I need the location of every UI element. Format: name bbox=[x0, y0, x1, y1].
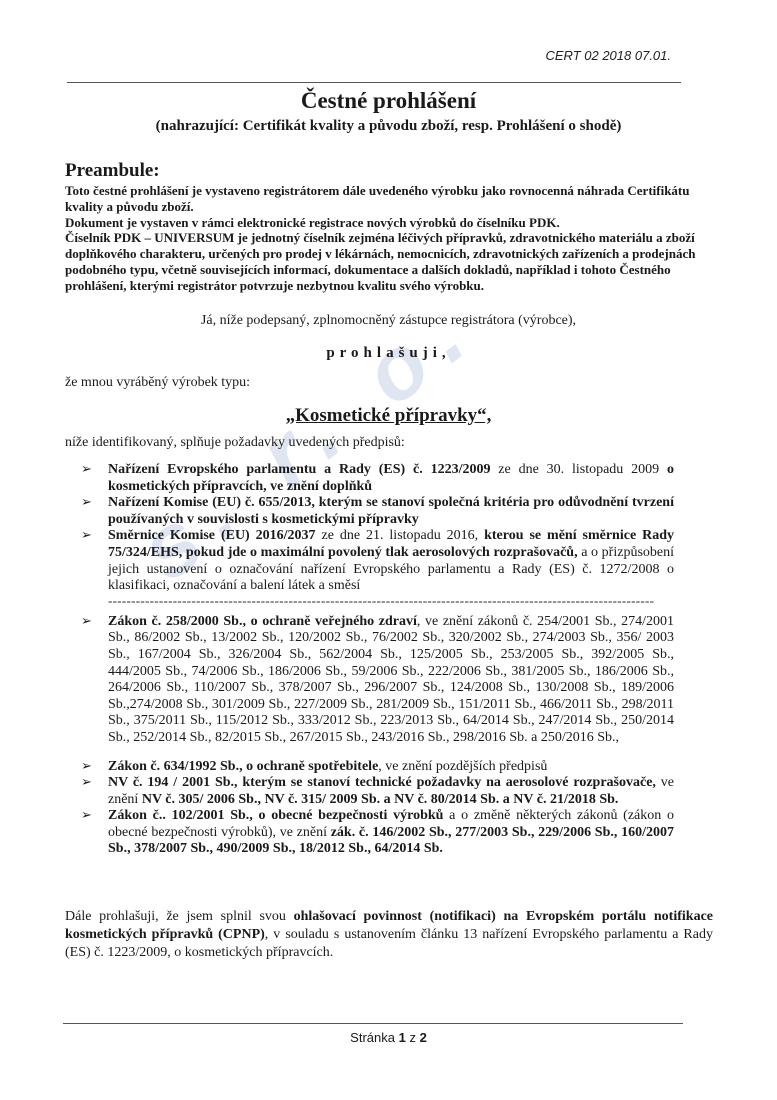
regulation-text: , ve znění zákonů č. 254/2001 Sb., 274/2… bbox=[108, 614, 674, 745]
regulation-text: ze dne 21. listopadu 2016, bbox=[316, 528, 485, 543]
regulation-item: ➢Nařízení Evropského parlamentu a Rady (… bbox=[78, 462, 674, 495]
final-statement: Dále prohlašuji, že jsem splnil svou ohl… bbox=[65, 908, 713, 962]
regulation-item: ➢Zákon č. 258/2000 Sb., o ochraně veřejn… bbox=[78, 614, 674, 747]
regulation-title: Nařízení Komise (EU) č. 655/2013, kterým… bbox=[108, 495, 674, 527]
arrow-bullet-icon: ➢ bbox=[81, 495, 92, 512]
preamble-paragraph: Dokument je vystaven v rámci elektronick… bbox=[65, 215, 715, 231]
list-gap bbox=[78, 747, 674, 759]
regulation-item: ➢Směrnice Komise (EU) 2016/2037 ze dne 2… bbox=[78, 528, 674, 594]
regulation-item: ➢NV č. 194 / 2001 Sb., kterým se stanoví… bbox=[78, 775, 674, 808]
preamble-paragraph: Číselník PDK – UNIVERSUM je jednotný čís… bbox=[65, 230, 715, 293]
header-divider bbox=[67, 82, 681, 83]
arrow-bullet-icon: ➢ bbox=[81, 528, 92, 545]
arrow-bullet-icon: ➢ bbox=[81, 775, 92, 792]
separator-dashes: ----------------------------------------… bbox=[78, 595, 674, 607]
regulation-text: , ve znění pozdějších předpisů bbox=[378, 759, 547, 774]
compliance-intro: níže identifikovaný, splňuje požadavky u… bbox=[65, 435, 405, 451]
regulation-text: ze dne 30. listopadu 2009 bbox=[490, 462, 667, 477]
regulation-title: Nařízení Evropského parlamentu a Rady (E… bbox=[108, 462, 490, 477]
document-subtitle: (nahrazující: Certifikát kvality a původ… bbox=[0, 118, 777, 135]
regulations-list: ➢Nařízení Evropského parlamentu a Rady (… bbox=[78, 462, 674, 858]
page-total: 2 bbox=[420, 1030, 427, 1045]
arrow-bullet-icon: ➢ bbox=[81, 614, 92, 631]
page-current: 1 bbox=[399, 1030, 406, 1045]
product-type: „Kosmetické přípravky“, bbox=[0, 405, 777, 427]
declaration-verb: prohlašuji, bbox=[0, 345, 777, 362]
page-footer: Stránka 1 z 2 bbox=[0, 1030, 777, 1045]
preamble-heading: Preambule: bbox=[65, 160, 160, 182]
document-page: CERT 02 2018 07.01. Čestné prohlášení (n… bbox=[0, 0, 777, 1100]
regulation-title: Zákon č. 258/2000 Sb., o ochraně veřejné… bbox=[108, 614, 417, 629]
arrow-bullet-icon: ➢ bbox=[81, 808, 92, 825]
regulation-title: Zákon č. 634/1992 Sb., o ochraně spotřeb… bbox=[108, 759, 378, 774]
signer-statement: Já, níže podepsaný, zplnomocněný zástupc… bbox=[0, 313, 777, 329]
final-text: Dále prohlašuji, že jsem splnil svou bbox=[65, 909, 294, 924]
regulation-title: Směrnice Komise (EU) 2016/2037 bbox=[108, 528, 316, 543]
document-title: Čestné prohlášení bbox=[0, 88, 777, 114]
cert-code: CERT 02 2018 07.01. bbox=[545, 48, 671, 63]
regulation-title: Zákon č.. 102/2001 Sb., o obecné bezpečn… bbox=[108, 808, 443, 823]
regulation-item: ➢Zákon č.. 102/2001 Sb., o obecné bezpeč… bbox=[78, 808, 674, 858]
regulation-item: ➢Nařízení Komise (EU) č. 655/2013, který… bbox=[78, 495, 674, 528]
footer-divider bbox=[63, 1023, 683, 1024]
regulation-title: NV č. 194 / 2001 Sb., kterým se stanoví … bbox=[108, 775, 656, 790]
product-intro: že mnou vyráběný výrobek typu: bbox=[65, 375, 250, 391]
regulation-title: NV č. 305/ 2006 Sb., NV č. 315/ 2009 Sb.… bbox=[142, 792, 619, 807]
arrow-bullet-icon: ➢ bbox=[81, 462, 92, 479]
arrow-bullet-icon: ➢ bbox=[81, 759, 92, 776]
preamble-paragraph: Toto čestné prohlášení je vystaveno regi… bbox=[65, 183, 715, 215]
regulation-item: ➢Zákon č. 634/1992 Sb., o ochraně spotře… bbox=[78, 759, 674, 776]
page-label: Stránka bbox=[350, 1030, 395, 1045]
page-sep: z bbox=[409, 1030, 416, 1045]
preamble-body: Toto čestné prohlášení je vystaveno regi… bbox=[65, 183, 715, 294]
